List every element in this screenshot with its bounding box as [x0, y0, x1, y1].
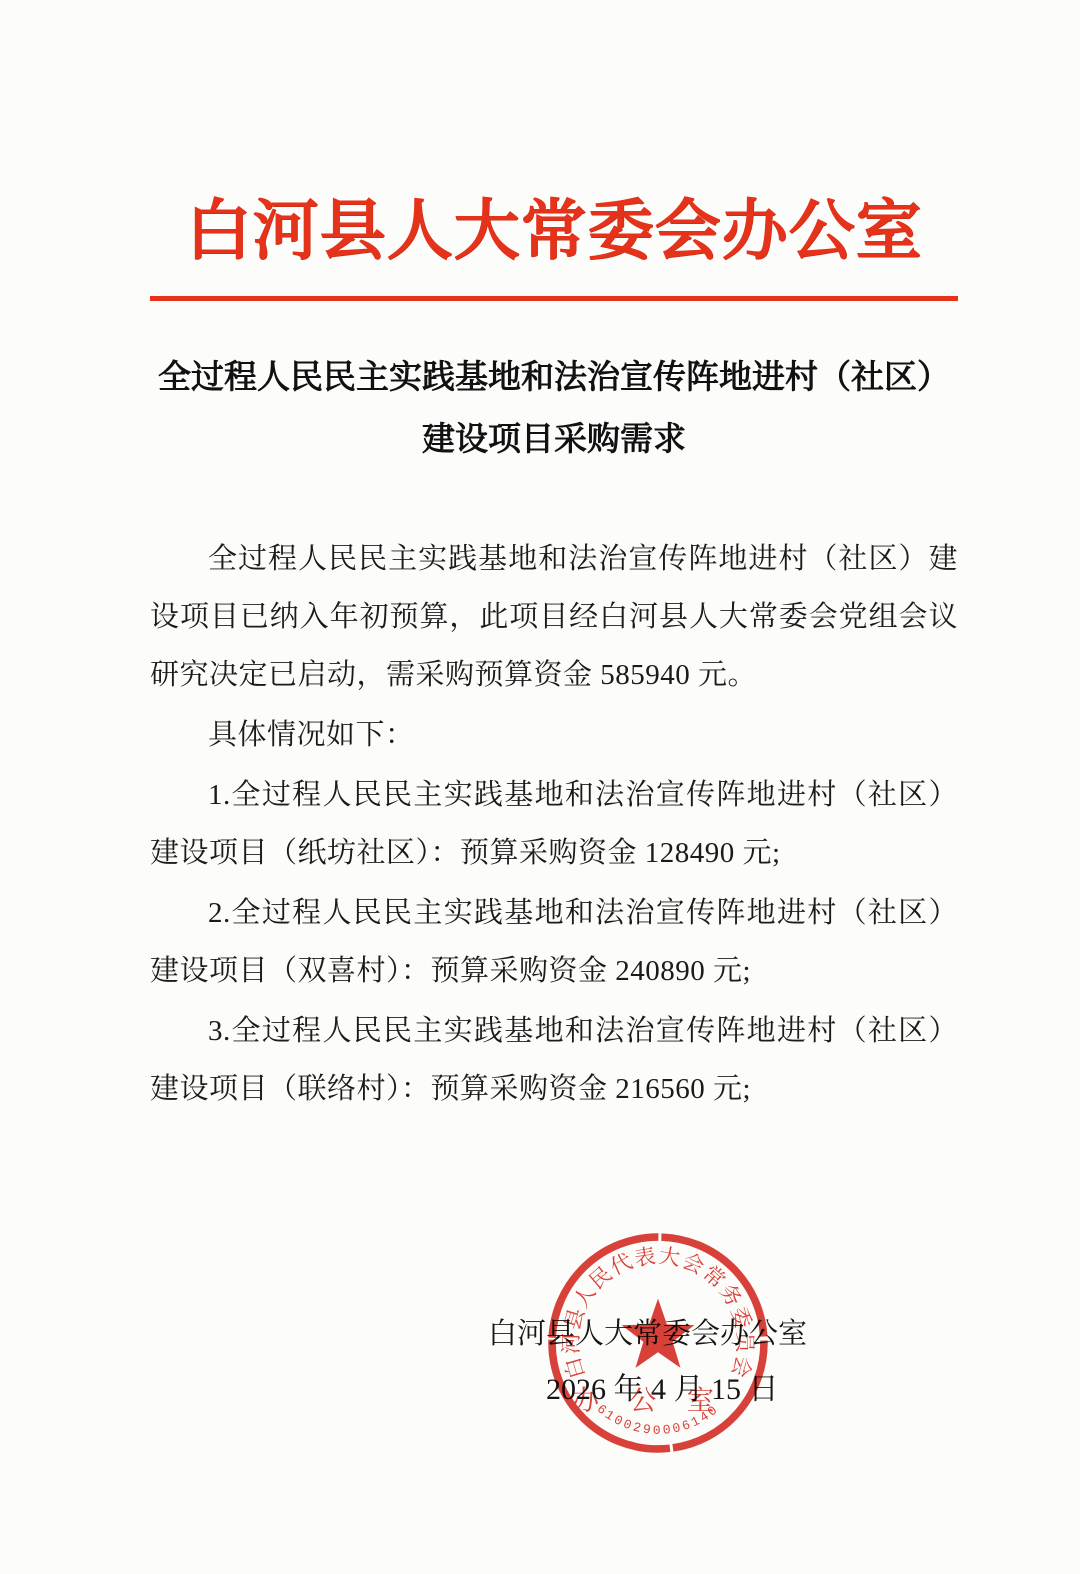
seal-star-icon — [622, 1299, 695, 1368]
letterhead-title: 白河县人大常委会办公室 — [150, 190, 958, 274]
body-paragraph-intro: 全过程人民民主实践基地和法治宣传阵地进村（社区）建设项目已纳入年初预算，此项目经… — [150, 530, 958, 704]
letterhead-divider — [150, 296, 958, 301]
document-title-line1: 全过程人民民主实践基地和法治宣传阵地进村（社区） — [150, 347, 958, 409]
official-seal: 白河县人民代表大会常务委员会 办公室 6100290006140 — [547, 1232, 769, 1454]
body-paragraph-item-1: 1.全过程人民民主实践基地和法治宣传阵地进村（社区）建设项目（纸坊社区）：预算采… — [150, 766, 958, 882]
body-paragraph-lead-in: 具体情况如下： — [150, 706, 958, 764]
body-paragraph-item-2: 2.全过程人民民主实践基地和法治宣传阵地进村（社区）建设项目（双喜村）：预算采购… — [150, 884, 958, 1000]
body-paragraph-item-3: 3.全过程人民民主实践基地和法治宣传阵地进村（社区）建设项目（联络村）：预算采购… — [150, 1002, 958, 1118]
document-page: 白河县人大常委会办公室 全过程人民民主实践基地和法治宣传阵地进村（社区） 建设项… — [0, 0, 1080, 1574]
document-body: 全过程人民民主实践基地和法治宣传阵地进村（社区）建设项目已纳入年初预算，此项目经… — [150, 530, 958, 1118]
document-title-line2: 建设项目采购需求 — [150, 409, 958, 471]
document-title: 全过程人民民主实践基地和法治宣传阵地进村（社区） 建设项目采购需求 — [150, 347, 958, 471]
